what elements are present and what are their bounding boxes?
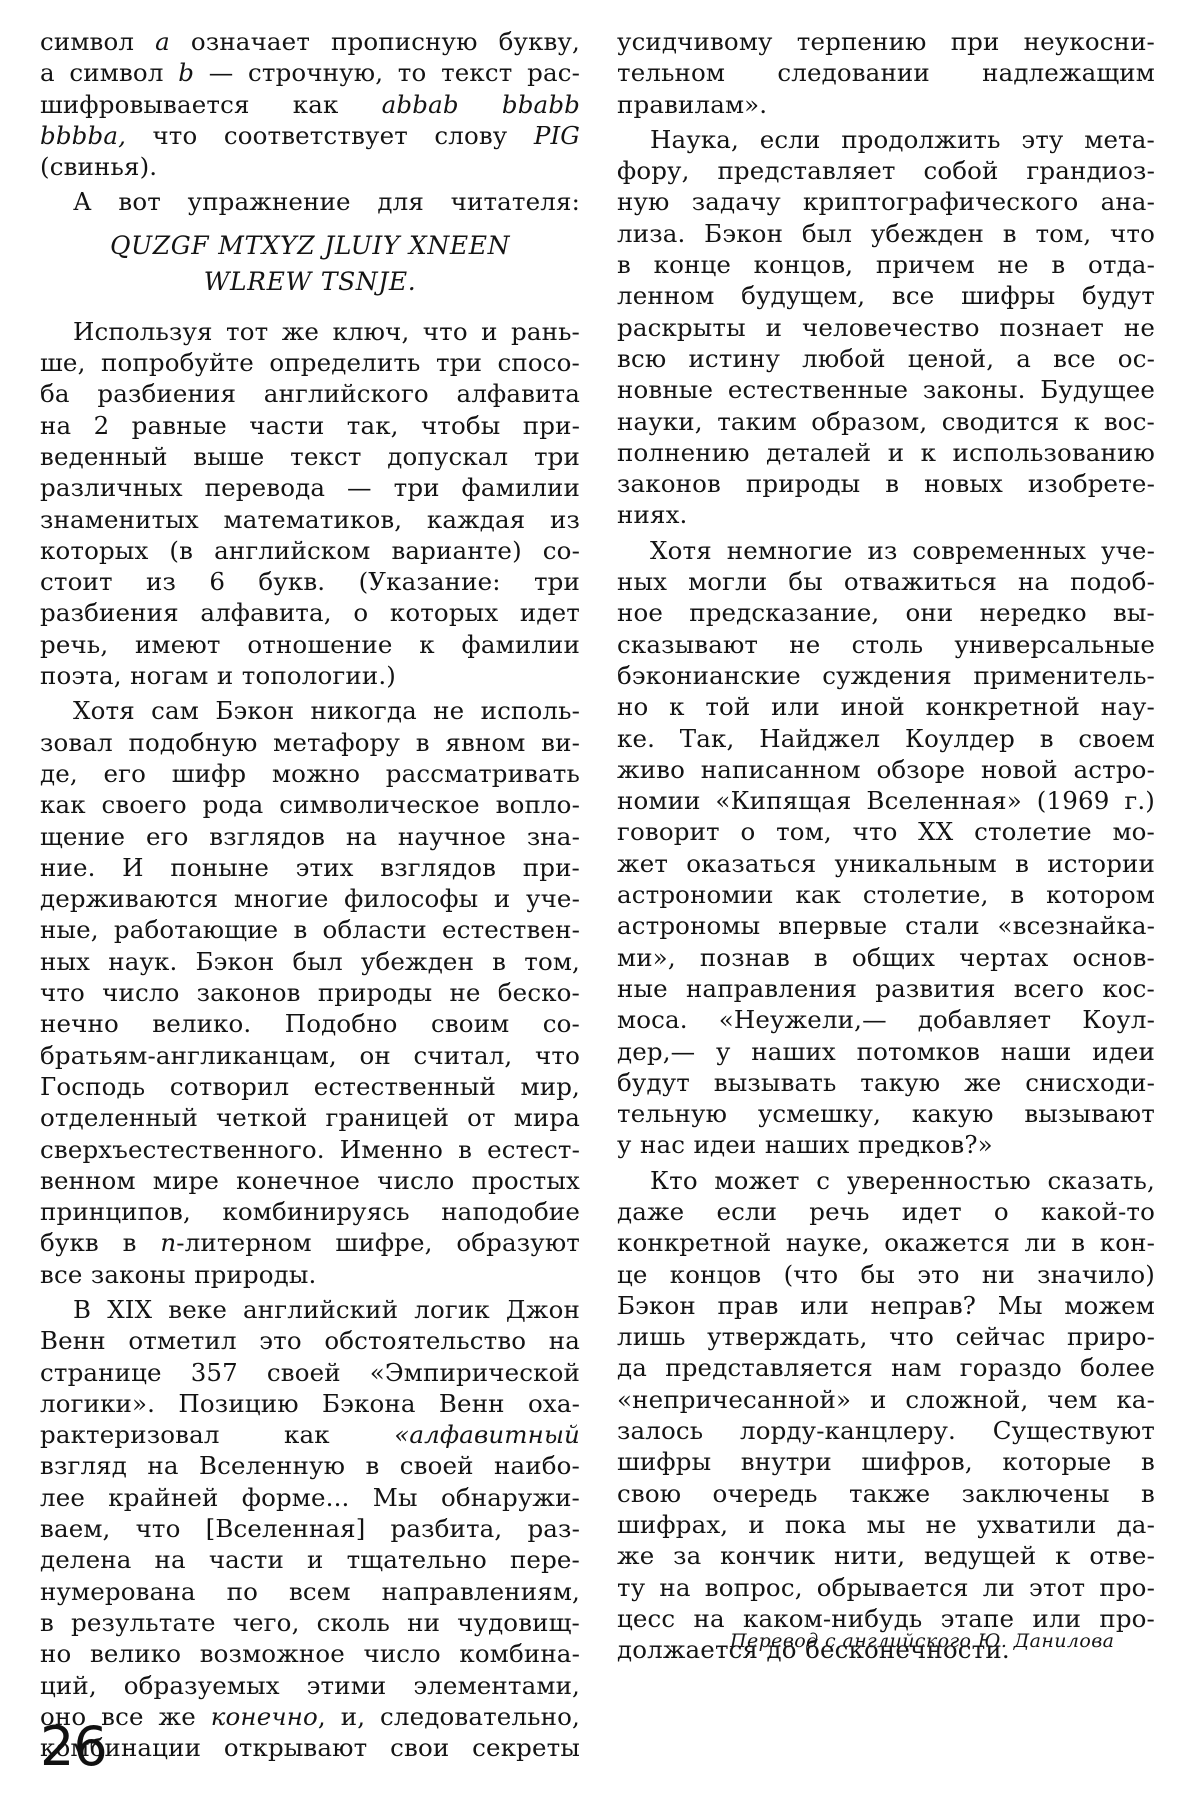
text-line: ваем, что [Вселенная] разбита, раз- (40, 1513, 580, 1544)
text-line: Хотя немногие из современных уче- (617, 535, 1155, 566)
text-line: ций, образуемых этими элементами, (40, 1670, 580, 1701)
text-line: законов природы в новых изобрете- (617, 468, 1155, 499)
text-line: бэконианские суждения применитель- (617, 660, 1155, 691)
text-line: тельном следовании надлежащим (617, 57, 1155, 88)
text-line: щение его взглядов на научное зна- (40, 821, 580, 852)
text-line: В XIX веке английский логик Джон (40, 1294, 580, 1325)
text-line: знаменитых математиков, каждая из (40, 504, 580, 535)
text-line: зовал подобную метафору в явном ви- (40, 727, 580, 758)
text-line: ных могли бы отважиться на подоб- (617, 566, 1155, 597)
text-line: символ a означает прописную букву, (40, 26, 580, 57)
text-line: комбинации открывают свои секреты (40, 1732, 580, 1763)
text-line: ба разбиения английского алфавита (40, 378, 580, 409)
text-line: букв в n-литерном шифре, образуют (40, 1227, 580, 1258)
text-line: ту на вопрос, обрывается ли этот про- (617, 1572, 1155, 1603)
text-line: лиза. Бэкон был убежден в том, что (617, 218, 1155, 249)
text-line: лее крайней форме... Мы обнаружи- (40, 1482, 580, 1513)
text-line: а символ b — строчную, то текст рас- (40, 57, 580, 88)
text-line: венном мире конечное число простых (40, 1165, 580, 1196)
text-line: Господь сотворил естественный мир, (40, 1071, 580, 1102)
text-line: усидчивому терпению при неукосни- (617, 26, 1155, 57)
paragraph-continuation: усидчивому терпению при неукосни- тельно… (617, 26, 1155, 120)
text-line: ные, работающие в области естествен- (40, 914, 580, 945)
paragraph-cipher-explanation: символ a означает прописную букву, а сим… (40, 26, 580, 182)
document-page: символ a означает прописную букву, а сим… (0, 0, 1200, 1815)
cipher-line: QUZGF MTXYZ JLUIY XNEEN (40, 228, 580, 264)
text-line: говорит о том, что XX столетие мо- (617, 816, 1155, 847)
text-line: астрономии как столетие, в котором (617, 879, 1155, 910)
text-line: ше, попробуйте определить три спосо- (40, 347, 580, 378)
page-number: 26 (40, 1720, 107, 1774)
text-line: сверхъестественного. Именно в естест- (40, 1134, 580, 1165)
cipher-exercise-text: QUZGF MTXYZ JLUIY XNEEN WLREW TSNJE. (40, 228, 580, 300)
text-line: нумерована по всем направлениям, (40, 1576, 580, 1607)
left-column: символ a означает прописную букву, а сим… (40, 26, 580, 1767)
text-line: моса. «Неужели,— добавляет Коул- (617, 1004, 1155, 1035)
text-line: братьям-англиканцам, он считал, что (40, 1040, 580, 1071)
text-line: разбиения алфавита, о которых идет (40, 597, 580, 628)
text-line: bbbba, что соответствует слову PIG (40, 120, 580, 151)
text-line: ке. Так, Найджел Коулдер в своем (617, 723, 1155, 754)
cipher-line: WLREW TSNJE. (40, 264, 580, 300)
text-line: же за кончик нити, ведущей к отве- (617, 1540, 1155, 1571)
text-line: в результате чего, сколь ни чудовищ- (40, 1607, 580, 1638)
text-line: которых (в английском варианте) со- (40, 535, 580, 566)
text-line: Кто может с уверенностью сказать, (617, 1165, 1155, 1196)
text-line: у нас идеи наших предков?» (617, 1129, 1155, 1160)
text-line: ми», познав в общих чертах основ- (617, 942, 1155, 973)
text-line: ных наук. Бэкон был убежден в том, (40, 946, 580, 977)
text-line: дер,— у наших потомков наши идеи (617, 1036, 1155, 1067)
text-line: ние. И поныне этих взглядов при- (40, 852, 580, 883)
text-line: «непричесанной» и сложной, чем ка- (617, 1384, 1155, 1415)
text-line: будут вызывать такую же снисходи- (617, 1067, 1155, 1098)
text-line: фору, представляет собой грандиоз- (617, 155, 1155, 186)
text-line: конкретной науке, окажется ли в кон- (617, 1227, 1155, 1258)
text-line: залось лорду-канцлеру. Существуют (617, 1415, 1155, 1446)
paragraph-bacon-metaphor: Хотя сам Бэкон никогда не исполь- зовал … (40, 695, 580, 1290)
text-line: но к той или иной конкретной нау- (617, 691, 1155, 722)
text-line: держиваются многие философы и уче- (40, 883, 580, 914)
text-line: шифры внутри шифров, которые в (617, 1446, 1155, 1477)
text-line: шифровывается как abbab bbabb (40, 89, 580, 120)
paragraph-calder: Хотя немногие из современных уче- ных мо… (617, 535, 1155, 1161)
text-line: ное предсказание, они нередко вы- (617, 597, 1155, 628)
text-line: науки, таким образом, сводится к вос- (617, 406, 1155, 437)
text-line: на 2 равные части так, чтобы при- (40, 410, 580, 441)
text-line: правилам». (617, 89, 1155, 120)
text-line: стоит из 6 букв. (Указание: три (40, 566, 580, 597)
text-line: ленном будущем, все шифры будут (617, 280, 1155, 311)
text-line: все законы природы. (40, 1259, 580, 1290)
right-column: усидчивому терпению при неукосни- тельно… (617, 26, 1155, 1669)
text-line: но велико возможное число комбина- (40, 1638, 580, 1669)
text-line: астрономы впервые стали «всезнайка- (617, 910, 1155, 941)
text-line: ные направления развития всего кос- (617, 973, 1155, 1004)
text-line: новные естественные законы. Будущее (617, 374, 1155, 405)
text-line: (свинья). (40, 151, 580, 182)
text-line: взгляд на Вселенную в своей наибо- (40, 1450, 580, 1481)
text-line: веденный выше текст допускал три (40, 441, 580, 472)
text-line: логики». Позицию Бэкона Венн оха- (40, 1388, 580, 1419)
text-line: тельную усмешку, какую вызывают (617, 1098, 1155, 1129)
text-line: це концов (что бы это ни значило) (617, 1259, 1155, 1290)
text-line: Используя тот же ключ, что и рань- (40, 316, 580, 347)
text-line: оно все же конечно, и, следовательно, (40, 1701, 580, 1732)
paragraph-conclusion: Кто может с уверенностью сказать, даже е… (617, 1165, 1155, 1666)
text-line: шифрах, и пока мы не ухватили да- (617, 1509, 1155, 1540)
text-line: полнению деталей и к использованию (617, 437, 1155, 468)
text-line: даже если речь идет о какой-то (617, 1196, 1155, 1227)
text-line: Хотя сам Бэкон никогда не исполь- (40, 695, 580, 726)
text-line: речь, имеют отношение к фамилии (40, 629, 580, 660)
text-line: странице 357 своей «Эмпирической (40, 1357, 580, 1388)
paragraph-venn: В XIX веке английский логик Джон Венн от… (40, 1294, 580, 1763)
text-line: ную задачу криптографического ана- (617, 186, 1155, 217)
text-line: жет оказаться уникальным в истории (617, 848, 1155, 879)
text-line: рактеризовал как «алфавитный (40, 1419, 580, 1450)
text-line: Наука, если продолжить эту мета- (617, 124, 1155, 155)
text-line: принципов, комбинируясь наподобие (40, 1196, 580, 1227)
text-line: живо написанном обзоре новой астро- (617, 754, 1155, 785)
text-line: поэта, ногам и топологии.) (40, 660, 580, 691)
text-line: что число законов природы не беско- (40, 977, 580, 1008)
text-line: ниях. (617, 499, 1155, 530)
text-line: лишь утверждать, что сейчас приро- (617, 1321, 1155, 1352)
text-line: Бэкон прав или неправ? Мы можем (617, 1290, 1155, 1321)
text-line: отделенный четкой границей от мира (40, 1102, 580, 1133)
paragraph-exercise: Используя тот же ключ, что и рань- ше, п… (40, 316, 580, 692)
text-line: раскрыты и человечество познает не (617, 312, 1155, 343)
text-line: как своего рода символическое вопло- (40, 789, 580, 820)
paragraph-exercise-intro: А вот упражнение для читателя: (40, 186, 580, 217)
translation-credit: Перевод с английского Ю. Данилова (730, 1630, 1114, 1652)
text-line: делена на части и тщательно пере- (40, 1544, 580, 1575)
text-line: различных перевода — три фамилии (40, 472, 580, 503)
text-line: номии «Кипящая Вселенная» (1969 г.) (617, 785, 1155, 816)
paragraph-science-cryptanalysis: Наука, если продолжить эту мета- фору, п… (617, 124, 1155, 531)
text-line: нечно велико. Подобно своим со- (40, 1008, 580, 1039)
text-line: в конце концов, причем не в отда- (617, 249, 1155, 280)
text-line: всю истину любой ценой, а все ос- (617, 343, 1155, 374)
text-line: А вот упражнение для читателя: (40, 186, 580, 217)
text-line: да представляется нам гораздо более (617, 1352, 1155, 1383)
text-line: Венн отметил это обстоятельство на (40, 1325, 580, 1356)
text-line: де, его шифр можно рассматривать (40, 758, 580, 789)
text-line: свою очередь также заключены в (617, 1478, 1155, 1509)
text-line: сказывают не столь универсальные (617, 629, 1155, 660)
